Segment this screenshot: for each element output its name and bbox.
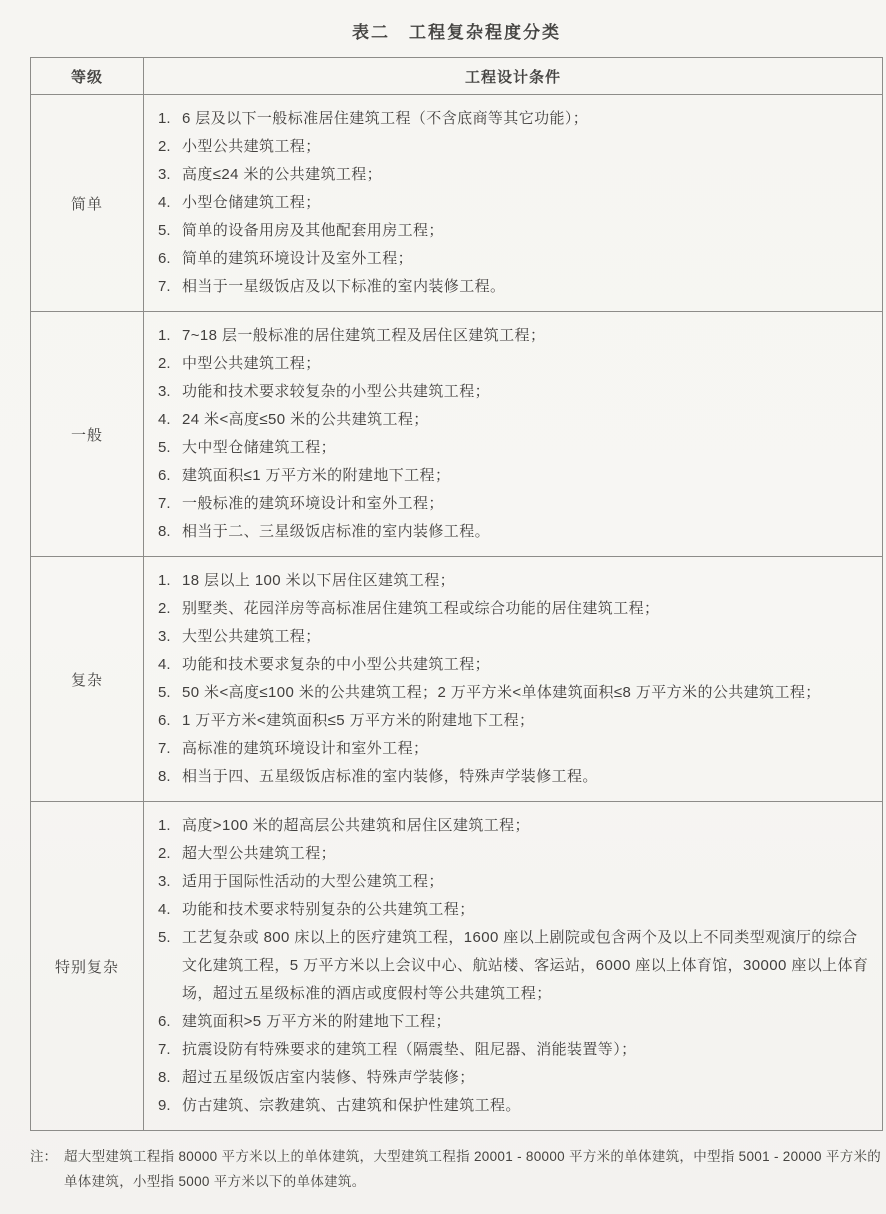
condition-item: 4.小型仓储建筑工程； [158, 189, 870, 217]
condition-item: 8.超过五星级饭店室内装修、特殊声学装修； [158, 1064, 870, 1092]
table-row: 简单1.6 层及以下一般标准居住建筑工程（不含底商等其它功能）；2.小型公共建筑… [31, 95, 883, 312]
conditions-cell: 1.7~18 层一般标准的居住建筑工程及居住区建筑工程；2.中型公共建筑工程；3… [144, 312, 883, 557]
condition-item: 2.小型公共建筑工程； [158, 133, 870, 161]
item-text: 6 层及以下一般标准居住建筑工程（不含底商等其它功能）； [182, 105, 870, 133]
document-page: 表二 工程复杂程度分类 等级 工程设计条件 简单1.6 层及以下一般标准居住建筑… [30, 14, 883, 1194]
item-number: 6. [158, 707, 182, 735]
grade-cell: 一般 [31, 312, 144, 557]
item-text: 24 米<高度≤50 米的公共建筑工程； [182, 406, 870, 434]
condition-item: 6.1 万平方米<建筑面积≤5 万平方米的附建地下工程； [158, 707, 870, 735]
condition-item: 3.适用于国际性活动的大型公建筑工程； [158, 868, 870, 896]
grade-cell: 复杂 [31, 557, 144, 802]
item-number: 4. [158, 189, 182, 217]
item-text: 工艺复杂或 800 床以上的医疗建筑工程，1600 座以上剧院或包含两个及以上不… [182, 924, 870, 1008]
item-number: 5. [158, 217, 182, 245]
item-number: 5. [158, 434, 182, 462]
item-number: 7. [158, 1036, 182, 1064]
table-header: 等级 工程设计条件 [31, 58, 883, 95]
item-text: 建筑面积≤1 万平方米的附建地下工程； [182, 462, 870, 490]
item-text: 7~18 层一般标准的居住建筑工程及居住区建筑工程； [182, 322, 870, 350]
header-row: 等级 工程设计条件 [31, 58, 883, 95]
condition-item: 3.功能和技术要求较复杂的小型公共建筑工程； [158, 378, 870, 406]
condition-item: 3.大型公共建筑工程； [158, 623, 870, 651]
item-text: 功能和技术要求特别复杂的公共建筑工程； [182, 896, 870, 924]
item-number: 9. [158, 1092, 182, 1120]
item-number: 2. [158, 840, 182, 868]
condition-item: 4.24 米<高度≤50 米的公共建筑工程； [158, 406, 870, 434]
condition-item: 2.别墅类、花园洋房等高标准居住建筑工程或综合功能的居住建筑工程； [158, 595, 870, 623]
condition-item: 5.50 米<高度≤100 米的公共建筑工程；2 万平方米<单体建筑面积≤8 万… [158, 679, 870, 707]
item-number: 2. [158, 350, 182, 378]
item-text: 小型仓储建筑工程； [182, 189, 870, 217]
item-text: 适用于国际性活动的大型公建筑工程； [182, 868, 870, 896]
item-text: 一般标准的建筑环境设计和室外工程； [182, 490, 870, 518]
condition-item: 7.抗震设防有特殊要求的建筑工程（隔震垫、阻尼器、消能装置等）； [158, 1036, 870, 1064]
footnote-text: 超大型建筑工程指 80000 平方米以上的单体建筑，大型建筑工程指 20001 … [64, 1144, 883, 1194]
condition-item: 5.简单的设备用房及其他配套用房工程； [158, 217, 870, 245]
item-text: 1 万平方米<建筑面积≤5 万平方米的附建地下工程； [182, 707, 870, 735]
conditions-cell: 1.高度>100 米的超高层公共建筑和居住区建筑工程；2.超大型公共建筑工程；3… [144, 802, 883, 1131]
condition-item: 1.高度>100 米的超高层公共建筑和居住区建筑工程； [158, 812, 870, 840]
footnote-label: 注： [30, 1144, 64, 1194]
item-text: 50 米<高度≤100 米的公共建筑工程；2 万平方米<单体建筑面积≤8 万平方… [182, 679, 870, 707]
item-number: 7. [158, 273, 182, 301]
grade-cell: 特别复杂 [31, 802, 144, 1131]
item-number: 5. [158, 924, 182, 1008]
item-text: 相当于四、五星级饭店标准的室内装修，特殊声学装修工程。 [182, 763, 870, 791]
item-text: 别墅类、花园洋房等高标准居住建筑工程或综合功能的居住建筑工程； [182, 595, 870, 623]
condition-item: 9.仿古建筑、宗教建筑、古建筑和保护性建筑工程。 [158, 1092, 870, 1120]
condition-item: 2.中型公共建筑工程； [158, 350, 870, 378]
item-number: 1. [158, 567, 182, 595]
header-conditions: 工程设计条件 [144, 58, 883, 95]
condition-item: 6.建筑面积≤1 万平方米的附建地下工程； [158, 462, 870, 490]
item-text: 18 层以上 100 米以下居住区建筑工程； [182, 567, 870, 595]
condition-item: 4.功能和技术要求特别复杂的公共建筑工程； [158, 896, 870, 924]
condition-item: 8.相当于二、三星级饭店标准的室内装修工程。 [158, 518, 870, 546]
item-text: 大型公共建筑工程； [182, 623, 870, 651]
item-text: 超过五星级饭店室内装修、特殊声学装修； [182, 1064, 870, 1092]
item-text: 大中型仓储建筑工程； [182, 434, 870, 462]
condition-item: 7.一般标准的建筑环境设计和室外工程； [158, 490, 870, 518]
table-body: 简单1.6 层及以下一般标准居住建筑工程（不含底商等其它功能）；2.小型公共建筑… [31, 95, 883, 1131]
item-number: 5. [158, 679, 182, 707]
condition-item: 1.7~18 层一般标准的居住建筑工程及居住区建筑工程； [158, 322, 870, 350]
item-number: 1. [158, 322, 182, 350]
item-text: 功能和技术要求复杂的中小型公共建筑工程； [182, 651, 870, 679]
item-text: 功能和技术要求较复杂的小型公共建筑工程； [182, 378, 870, 406]
item-text: 相当于二、三星级饭店标准的室内装修工程。 [182, 518, 870, 546]
item-text: 高度≤24 米的公共建筑工程； [182, 161, 870, 189]
item-number: 1. [158, 812, 182, 840]
item-text: 相当于一星级饭店及以下标准的室内装修工程。 [182, 273, 870, 301]
item-text: 超大型公共建筑工程； [182, 840, 870, 868]
condition-item: 2.超大型公共建筑工程； [158, 840, 870, 868]
item-text: 中型公共建筑工程； [182, 350, 870, 378]
item-number: 8. [158, 518, 182, 546]
item-text: 简单的建筑环境设计及室外工程； [182, 245, 870, 273]
item-number: 3. [158, 623, 182, 651]
condition-item: 1.18 层以上 100 米以下居住区建筑工程； [158, 567, 870, 595]
item-number: 2. [158, 133, 182, 161]
item-number: 6. [158, 1008, 182, 1036]
conditions-cell: 1.18 层以上 100 米以下居住区建筑工程；2.别墅类、花园洋房等高标准居住… [144, 557, 883, 802]
condition-item: 3.高度≤24 米的公共建筑工程； [158, 161, 870, 189]
item-number: 4. [158, 651, 182, 679]
condition-item: 7.相当于一星级饭店及以下标准的室内装修工程。 [158, 273, 870, 301]
item-number: 4. [158, 406, 182, 434]
conditions-cell: 1.6 层及以下一般标准居住建筑工程（不含底商等其它功能）；2.小型公共建筑工程… [144, 95, 883, 312]
condition-item: 4.功能和技术要求复杂的中小型公共建筑工程； [158, 651, 870, 679]
complexity-table: 等级 工程设计条件 简单1.6 层及以下一般标准居住建筑工程（不含底商等其它功能… [30, 57, 883, 1131]
footnote: 注： 超大型建筑工程指 80000 平方米以上的单体建筑，大型建筑工程指 200… [30, 1144, 883, 1194]
item-text: 高标准的建筑环境设计和室外工程； [182, 735, 870, 763]
item-number: 6. [158, 462, 182, 490]
condition-item: 8.相当于四、五星级饭店标准的室内装修，特殊声学装修工程。 [158, 763, 870, 791]
condition-item: 7.高标准的建筑环境设计和室外工程； [158, 735, 870, 763]
item-number: 7. [158, 490, 182, 518]
grade-cell: 简单 [31, 95, 144, 312]
condition-item: 6.建筑面积>5 万平方米的附建地下工程； [158, 1008, 870, 1036]
header-grade: 等级 [31, 58, 144, 95]
table-row: 复杂1.18 层以上 100 米以下居住区建筑工程；2.别墅类、花园洋房等高标准… [31, 557, 883, 802]
item-number: 8. [158, 1064, 182, 1092]
condition-item: 6.简单的建筑环境设计及室外工程； [158, 245, 870, 273]
item-number: 4. [158, 896, 182, 924]
item-text: 抗震设防有特殊要求的建筑工程（隔震垫、阻尼器、消能装置等）； [182, 1036, 870, 1064]
item-number: 3. [158, 161, 182, 189]
item-number: 8. [158, 763, 182, 791]
condition-item: 5.大中型仓储建筑工程； [158, 434, 870, 462]
item-number: 1. [158, 105, 182, 133]
item-number: 2. [158, 595, 182, 623]
item-number: 3. [158, 868, 182, 896]
item-number: 7. [158, 735, 182, 763]
item-text: 高度>100 米的超高层公共建筑和居住区建筑工程； [182, 812, 870, 840]
page-title: 表二 工程复杂程度分类 [30, 18, 883, 43]
item-number: 6. [158, 245, 182, 273]
item-text: 建筑面积>5 万平方米的附建地下工程； [182, 1008, 870, 1036]
item-text: 仿古建筑、宗教建筑、古建筑和保护性建筑工程。 [182, 1092, 870, 1120]
item-text: 简单的设备用房及其他配套用房工程； [182, 217, 870, 245]
condition-item: 1.6 层及以下一般标准居住建筑工程（不含底商等其它功能）； [158, 105, 870, 133]
table-row: 特别复杂1.高度>100 米的超高层公共建筑和居住区建筑工程；2.超大型公共建筑… [31, 802, 883, 1131]
item-number: 3. [158, 378, 182, 406]
condition-item: 5.工艺复杂或 800 床以上的医疗建筑工程，1600 座以上剧院或包含两个及以… [158, 924, 870, 1008]
item-text: 小型公共建筑工程； [182, 133, 870, 161]
table-row: 一般1.7~18 层一般标准的居住建筑工程及居住区建筑工程；2.中型公共建筑工程… [31, 312, 883, 557]
